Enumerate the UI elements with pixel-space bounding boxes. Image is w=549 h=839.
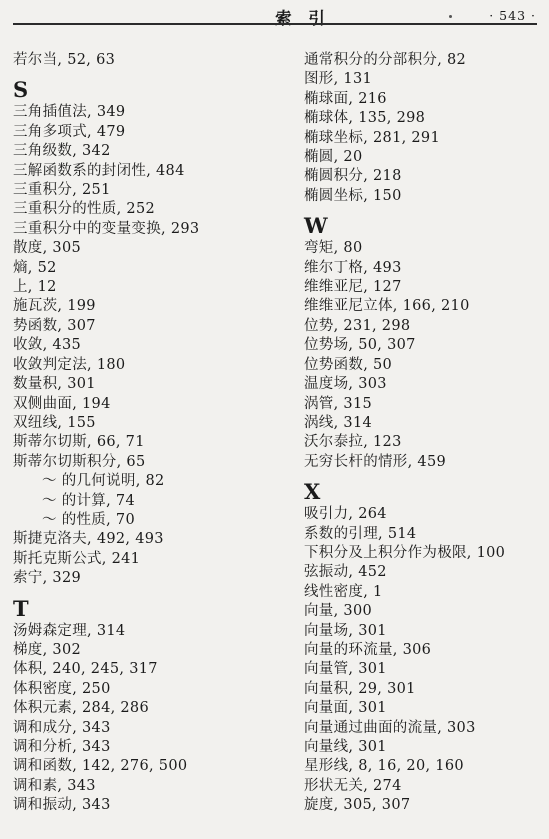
index-entry: 三重积分中的变量变换, 293: [13, 220, 285, 239]
scan-speck: [449, 15, 452, 18]
index-entry: 弦振动, 452: [304, 563, 544, 582]
index-entry: 温度场, 303: [304, 375, 544, 394]
index-entry: 无穷长杆的情形, 459: [304, 453, 544, 472]
index-entry: 通常积分的分部积分, 82: [304, 51, 544, 70]
index-entry: 位势场, 50, 307: [304, 336, 544, 355]
index-entry: 向量的环流量, 306: [304, 641, 544, 660]
index-entry: 梯度, 302: [13, 641, 285, 660]
index-entry: 体积, 240, 245, 317: [13, 660, 285, 679]
index-entry: 向量, 300: [304, 602, 544, 621]
index-entry: 位势函数, 50: [304, 356, 544, 375]
index-entry: 散度, 305: [13, 239, 285, 258]
index-entry: ～ 的性质, 70: [13, 511, 285, 530]
index-entry: 调和成分, 343: [13, 719, 285, 738]
index-entry: 斯蒂尔切斯积分, 65: [13, 453, 285, 472]
page-header: 索 引 · 543 ·: [0, 5, 549, 25]
index-entry: 双纽线, 155: [13, 414, 285, 433]
index-entry: 双侧曲面, 194: [13, 395, 285, 414]
index-entry: 熵, 52: [13, 259, 285, 278]
index-entry: 体积元素, 284, 286: [13, 699, 285, 718]
index-entry: 吸引力, 264: [304, 505, 544, 524]
index-entry: 施瓦茨, 199: [13, 297, 285, 316]
index-entry: 势函数, 307: [13, 317, 285, 336]
section-letter-w: W: [304, 206, 544, 239]
index-entry: 系数的引理, 514: [304, 525, 544, 544]
index-entry: 三重积分的性质, 252: [13, 200, 285, 219]
index-entry: 涡线, 314: [304, 414, 544, 433]
index-entry: 向量场, 301: [304, 622, 544, 641]
index-entry: 下积分及上积分作为极限, 100: [304, 544, 544, 563]
index-entry: 涡管, 315: [304, 395, 544, 414]
index-entry: 数量积, 301: [13, 375, 285, 394]
index-entry: 椭球体, 135, 298: [304, 109, 544, 128]
index-entry: 调和振动, 343: [13, 796, 285, 815]
index-columns: 若尔当, 52, 63S三角插值法, 349三角多项式, 479三角级数, 34…: [0, 51, 549, 839]
index-entry: 三重积分, 251: [13, 181, 285, 200]
index-entry: 旋度, 305, 307: [304, 796, 544, 815]
section-letter-t: T: [13, 589, 285, 622]
index-entry: 向量管, 301: [304, 660, 544, 679]
index-entry: 三角插值法, 349: [13, 103, 285, 122]
index-entry: 三解函数系的封闭性, 484: [13, 162, 285, 181]
index-entry: 收敛判定法, 180: [13, 356, 285, 375]
index-entry: 维维亚尼, 127: [304, 278, 544, 297]
index-entry: 维维亚尼立体, 166, 210: [304, 297, 544, 316]
index-entry: 斯蒂尔切斯, 66, 71: [13, 433, 285, 452]
index-entry: 斯托克斯公式, 241: [13, 550, 285, 569]
index-entry: ～ 的计算, 74: [13, 492, 285, 511]
index-entry: 若尔当, 52, 63: [13, 51, 285, 70]
index-entry: 三角级数, 342: [13, 142, 285, 161]
index-entry: ～ 的几何说明, 82: [13, 472, 285, 491]
index-entry: 向量面, 301: [304, 699, 544, 718]
section-letter-s: S: [13, 70, 285, 103]
section-letter-x: X: [304, 472, 544, 505]
index-entry: 向量积, 29, 301: [304, 680, 544, 699]
index-entry: 上, 12: [13, 278, 285, 297]
index-entry: 向量通过曲面的流量, 303: [304, 719, 544, 738]
index-entry: 汤姆森定理, 314: [13, 622, 285, 641]
index-entry: 星形线, 8, 16, 20, 160: [304, 757, 544, 776]
index-entry: 弯矩, 80: [304, 239, 544, 258]
page-number: · 543 ·: [489, 8, 536, 23]
index-entry: 调和素, 343: [13, 777, 285, 796]
index-entry: 线性密度, 1: [304, 583, 544, 602]
index-entry: 椭圆积分, 218: [304, 167, 544, 186]
index-entry: 沃尔泰拉, 123: [304, 433, 544, 452]
index-entry: 椭球面, 216: [304, 90, 544, 109]
index-entry: 索宁, 329: [13, 569, 285, 588]
index-entry: 三角多项式, 479: [13, 123, 285, 142]
index-entry: 斯捷克洛夫, 492, 493: [13, 530, 285, 549]
index-entry: 调和分析, 343: [13, 738, 285, 757]
index-entry: 位势, 231, 298: [304, 317, 544, 336]
index-column-right: 通常积分的分部积分, 82图形, 131椭球面, 216椭球体, 135, 29…: [304, 51, 544, 816]
index-entry: 图形, 131: [304, 70, 544, 89]
index-entry: 向量线, 301: [304, 738, 544, 757]
index-column-left: 若尔当, 52, 63S三角插值法, 349三角多项式, 479三角级数, 34…: [13, 51, 285, 816]
index-entry: 收敛, 435: [13, 336, 285, 355]
index-entry: 椭圆, 20: [304, 148, 544, 167]
index-entry: 调和函数, 142, 276, 500: [13, 757, 285, 776]
index-entry: 椭球坐标, 281, 291: [304, 129, 544, 148]
index-entry: 维尔丁格, 493: [304, 259, 544, 278]
index-entry: 体积密度, 250: [13, 680, 285, 699]
header-rule: [13, 23, 537, 25]
index-entry: 形状无关, 274: [304, 777, 544, 796]
index-entry: 椭圆坐标, 150: [304, 187, 544, 206]
page-title: 索 引: [0, 5, 549, 29]
index-page: 索 引 · 543 · 若尔当, 52, 63S三角插值法, 349三角多项式,…: [0, 0, 549, 839]
